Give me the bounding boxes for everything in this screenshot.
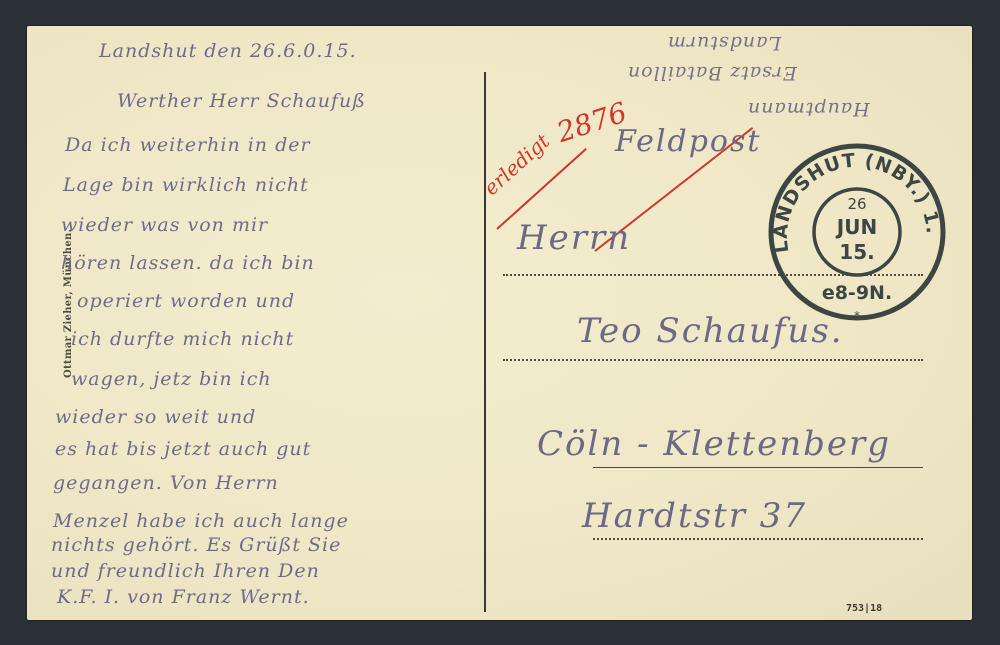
- svg-text:26: 26: [847, 195, 866, 213]
- message-line: gegangen. Von Herrn: [53, 472, 279, 494]
- message-line: es hat bis jetzt auch gut: [55, 438, 311, 460]
- message-line: ich durfte mich nicht: [71, 328, 294, 350]
- svg-text:e8-9N.: e8-9N.: [822, 282, 892, 304]
- postmark-stamp-icon: LANDSHUT (NBY.) 1. 26 JUN 15. e8-9N. *: [762, 137, 952, 327]
- message-line: wieder was von mir: [61, 214, 268, 236]
- sender-note-line: Hauptmann: [747, 98, 870, 120]
- sender-note-line: Landsturm: [667, 32, 781, 54]
- message-line: hören lassen. da ich bin: [61, 252, 315, 274]
- message-line: K.F. I. von Franz Wernt.: [57, 586, 310, 608]
- address-salutation: Herrn: [517, 218, 631, 258]
- red-annotation-text: erledigt: [479, 129, 554, 200]
- divider-line: [484, 72, 486, 612]
- message-line: operiert worden und: [77, 290, 295, 312]
- postcard: Landsturm Ersatz Bataillon Hauptmann Ott…: [27, 26, 972, 620]
- catalog-number: 753|18: [846, 603, 882, 614]
- address-underline: [593, 467, 923, 468]
- sender-note-line: Ersatz Bataillon: [627, 62, 797, 84]
- message-line: Da ich weiterhin in der: [65, 134, 311, 156]
- message-line: wagen, jetz bin ich: [71, 368, 272, 390]
- address-service: Feldpost: [615, 124, 761, 159]
- address-city: Cöln - Klettenberg: [537, 424, 891, 464]
- message-line: Menzel habe ich auch lange: [53, 510, 349, 532]
- message-line: Lage bin wirklich nicht: [63, 174, 309, 196]
- message-line: nichts gehört. Es Grüßt Sie: [51, 534, 341, 556]
- svg-text:JUN: JUN: [835, 215, 877, 239]
- address-dotted-line: [503, 359, 923, 361]
- address-street: Hardtstr 37: [582, 496, 807, 536]
- svg-text:*: *: [854, 309, 860, 323]
- message-line: wieder so weit und: [55, 406, 256, 428]
- message-line: Werther Herr Schaufuß: [117, 90, 366, 112]
- message-line: und freundlich Ihren Den: [51, 560, 320, 582]
- message-line: Landshut den 26.6.0.15.: [99, 40, 357, 62]
- address-dotted-line: [593, 538, 923, 540]
- svg-text:15.: 15.: [839, 240, 874, 264]
